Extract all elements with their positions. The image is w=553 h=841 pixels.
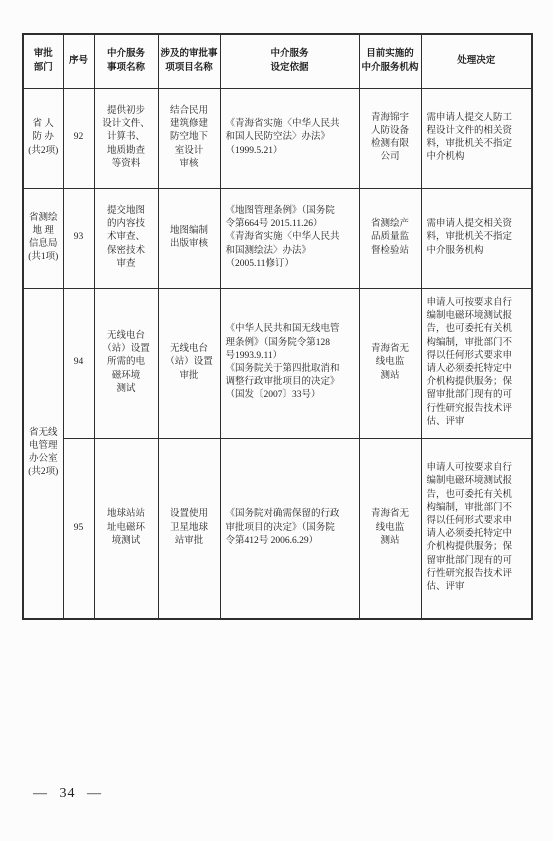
basis-cell: 《中华人民共和国无线电管 理条例》（国务院令第128 号1993.9.11） 《… — [220, 288, 359, 438]
table-header-row: 审批 部门 序号 中介服务 事项名称 涉及的审批事 项项目名称 中介服务 设定依… — [23, 34, 532, 88]
service-name-cell: 地球站站 址电磁环 境测试 — [94, 438, 158, 619]
col-header-project-name: 涉及的审批事 项项目名称 — [158, 34, 220, 88]
project-name-cell: 设置使用 卫星地球 站审批 — [158, 438, 220, 619]
col-header-service-name: 中介服务 事项名称 — [94, 34, 158, 88]
project-name-cell: 结合民用 建筑修建 防空地下 室设计 审核 — [158, 88, 220, 188]
basis-cell: 《国务院对确需保留的行政 审批项目的决定》（国务院 令第412号 2006.6.… — [220, 438, 359, 619]
table-row-93: 省测绘 地 理 信息局 (共1项) 93 提交地图 的内容技 术审查、 保密技术… — [23, 188, 532, 288]
basis-cell: 《地图管理条例》（国务院 令第664号 2015.11.26） 《青海省实施〈中… — [220, 188, 359, 288]
col-header-approval-dept: 审批 部门 — [23, 34, 63, 88]
project-name-cell: 地图编制 出版审核 — [158, 188, 220, 288]
basis-cell: 《青海省实施〈中华人民共 和国人民防空法〉办法》 （1999.5.21） — [220, 88, 359, 188]
decision-cell: 需申请人提交相关资 料，审批机关不指定 中介服务机构 — [421, 188, 532, 288]
page-number: — 34 — — [33, 786, 102, 802]
decision-cell: 需申请人提交人防工 程设计文件的相关资 料，审批机关不指定 中介机构 — [421, 88, 532, 188]
agency-cell: 省测绘产 品质量监 督检验站 — [359, 188, 421, 288]
approval-items-table: 审批 部门 序号 中介服务 事项名称 涉及的审批事 项项目名称 中介服务 设定依… — [22, 33, 533, 620]
service-name-cell: 提交地图 的内容技 术审查、 保密技术 审查 — [94, 188, 158, 288]
serial-cell: 95 — [63, 438, 94, 619]
table-row-94: 省无线 电管理 办公室 (共2项) 94 无线电台 （站）设置 所需的电 磁环境… — [23, 288, 532, 438]
table-row-92: 省 人 防 办 (共2项) 92 提供初步 设计文件、 计算书、 地质勘查 等资… — [23, 88, 532, 188]
service-name-cell: 提供初步 设计文件、 计算书、 地质勘查 等资料 — [94, 88, 158, 188]
project-name-cell: 无线电台 （站）设置 审批 — [158, 288, 220, 438]
col-header-basis: 中介服务 设定依据 — [220, 34, 359, 88]
agency-cell: 青海省无 线电监 测站 — [359, 438, 421, 619]
agency-cell: 青海锦宇 人防设备 检测有限 公司 — [359, 88, 421, 188]
col-header-serial-no: 序号 — [63, 34, 94, 88]
table-row-95: 95 地球站站 址电磁环 境测试 设置使用 卫星地球 站审批 《国务院对确需保留… — [23, 438, 532, 619]
document-page: 审批 部门 序号 中介服务 事项名称 涉及的审批事 项项目名称 中介服务 设定依… — [0, 0, 553, 841]
serial-cell: 93 — [63, 188, 94, 288]
dept-cell: 省测绘 地 理 信息局 (共1项) — [23, 188, 63, 288]
service-name-cell: 无线电台 （站）设置 所需的电 磁环境 测试 — [94, 288, 158, 438]
col-header-decision: 处理决定 — [421, 34, 532, 88]
col-header-agency: 目前实施的 中介服务机构 — [359, 34, 421, 88]
agency-cell: 青海省无 线电监 测站 — [359, 288, 421, 438]
serial-cell: 94 — [63, 288, 94, 438]
dept-cell: 省 人 防 办 (共2项) — [23, 88, 63, 188]
dept-cell-merged: 省无线 电管理 办公室 (共2项) — [23, 288, 63, 619]
decision-cell: 申请人可按要求自行 编制电磁环境测试报 告，也可委托有关机 构编制，审批部门不 … — [421, 288, 532, 438]
serial-cell: 92 — [63, 88, 94, 188]
decision-cell: 申请人可按要求自行 编制电磁环境测试报 告，也可委托有关机 构编制，审批部门不 … — [421, 438, 532, 619]
